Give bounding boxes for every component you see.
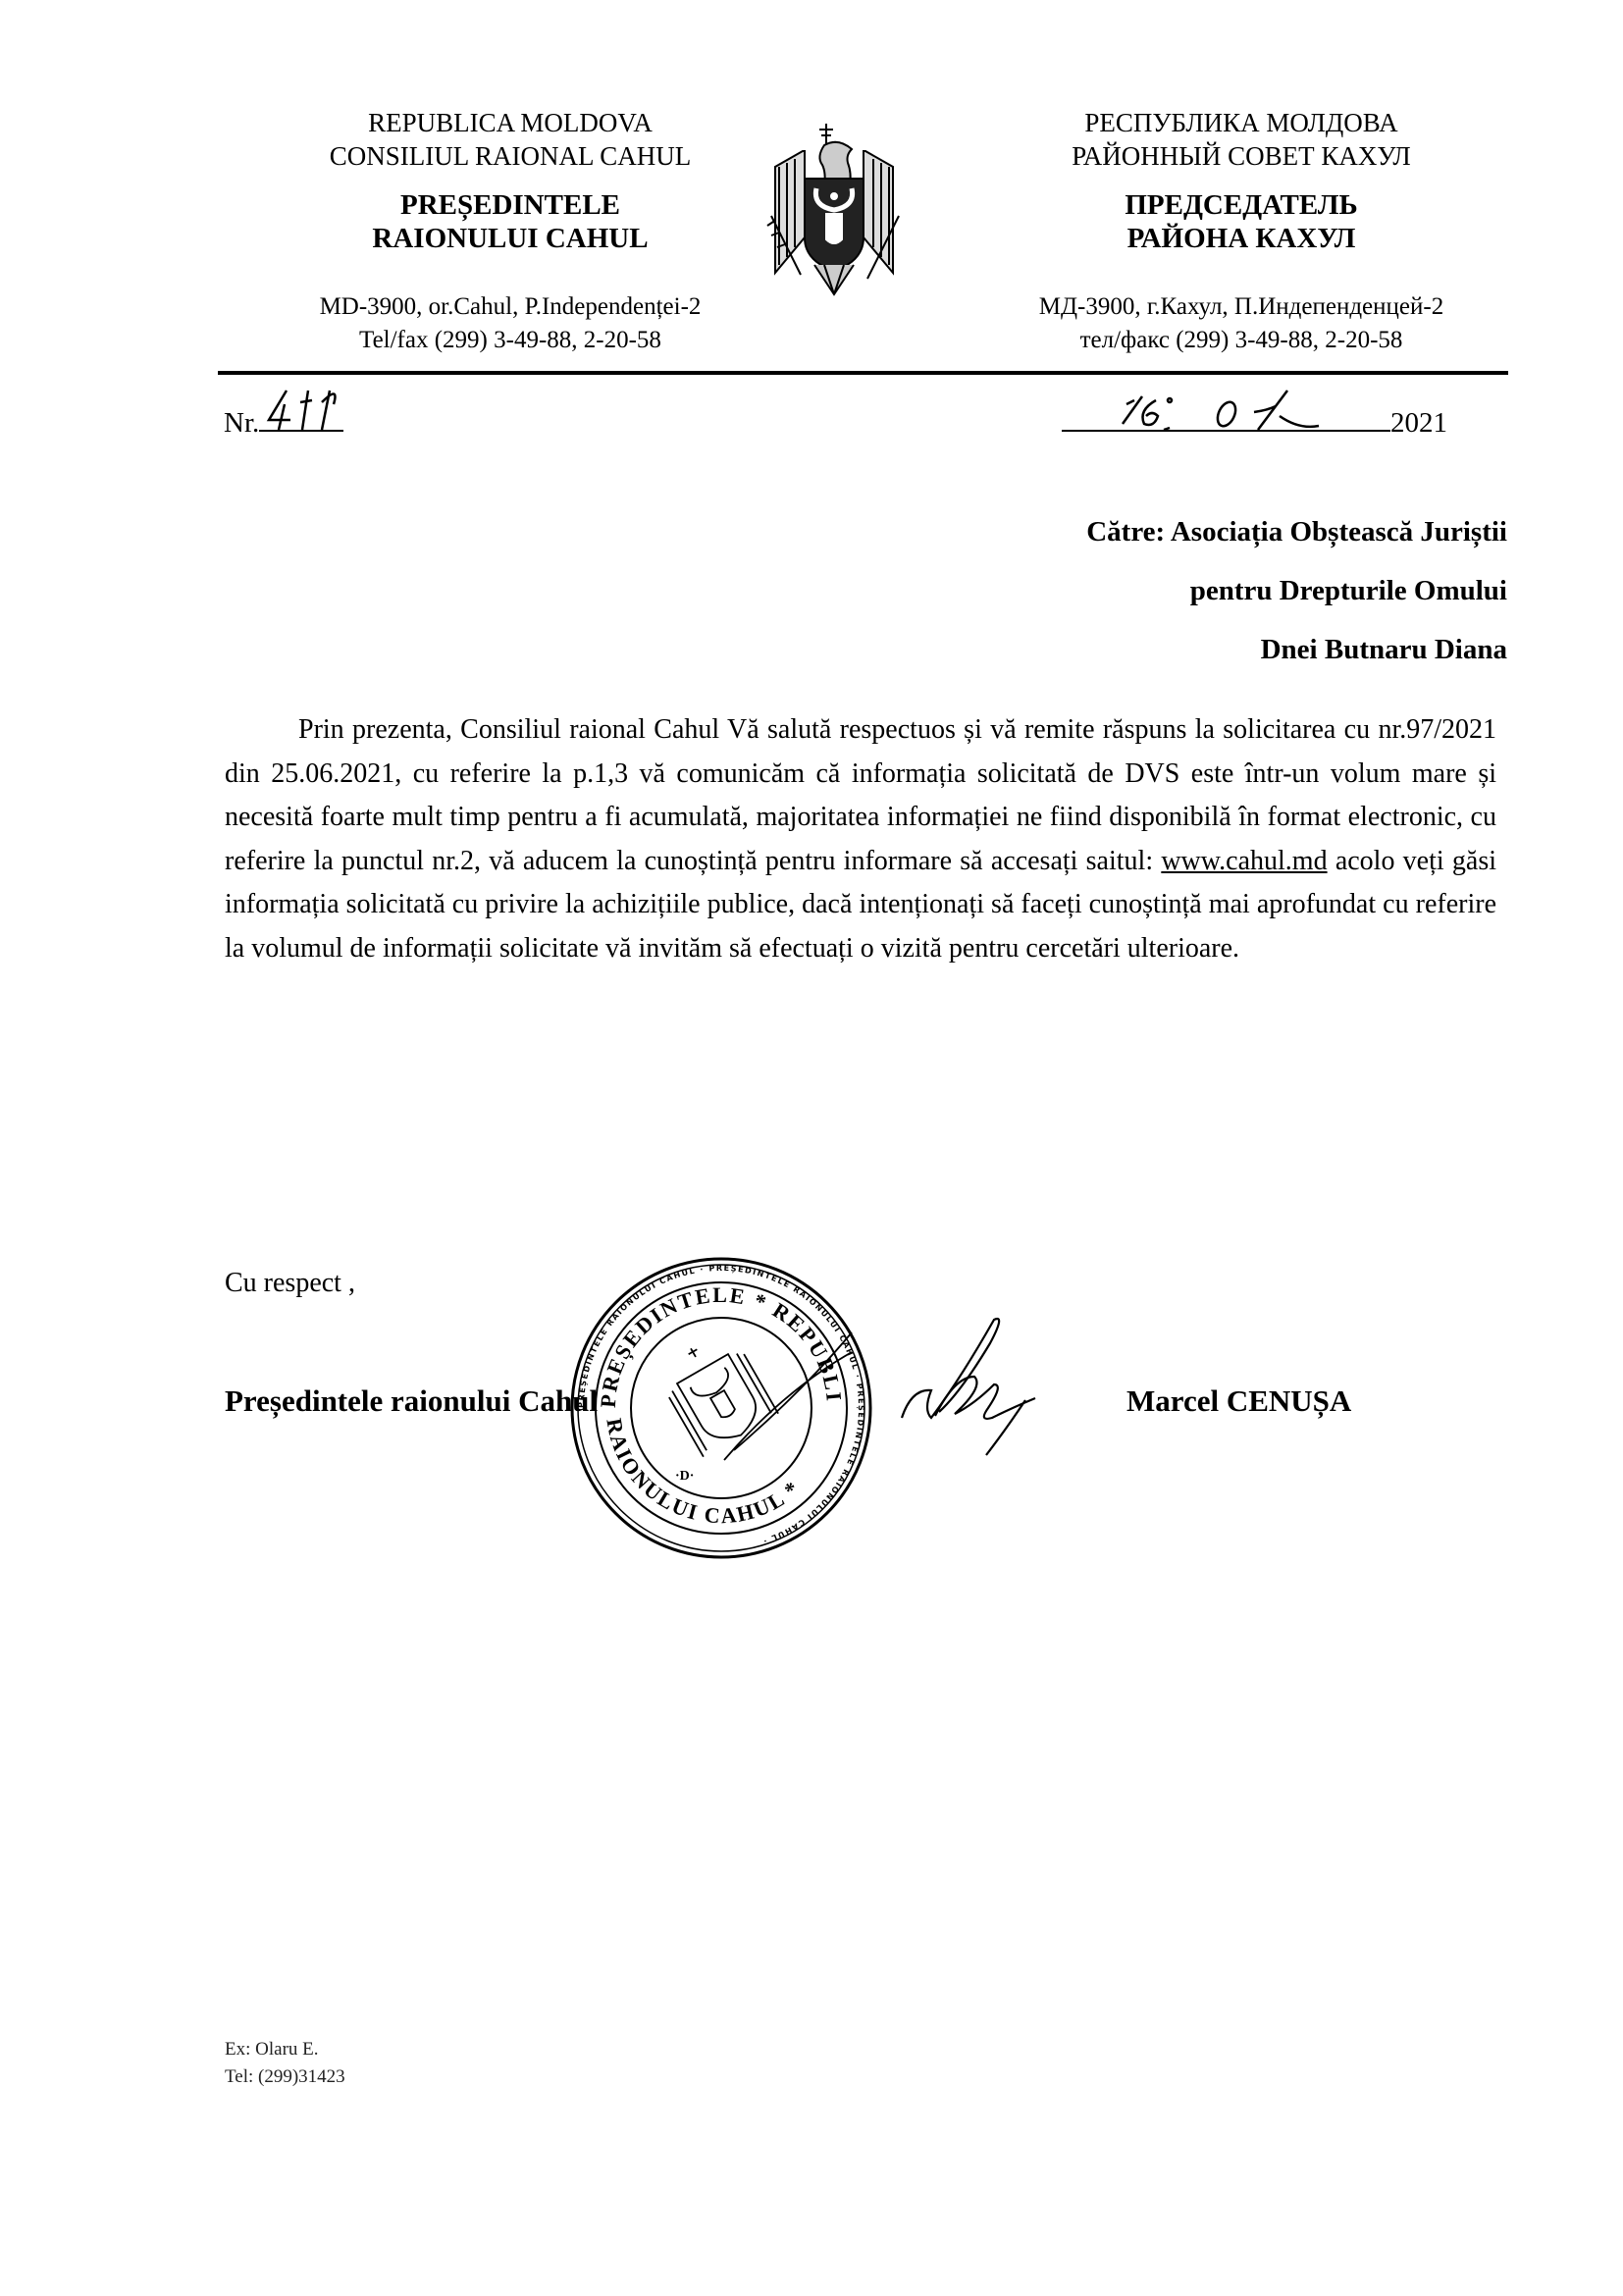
recipient-block: Către: Asociația Obștească Juriștii pent… — [1086, 502, 1507, 679]
nr-label: Nr. — [224, 407, 259, 439]
handwritten-number — [259, 387, 347, 436]
office-title-line2: RAIONULUI CAHUL — [196, 222, 824, 255]
signatory-title: Președintele raionului Cahul — [225, 1383, 598, 1419]
letterhead-romanian: REPUBLICA MOLDOVA CONSILIUL RAIONAL CAHU… — [196, 106, 824, 357]
letter-body: Prin prezenta, Consiliul raional Cahul V… — [225, 708, 1496, 970]
date-handwritten-field — [1062, 402, 1390, 432]
executor-phone: Tel: (299)31423 — [225, 2063, 345, 2091]
handwritten-signature — [898, 1310, 1045, 1457]
country-name: REPUBLICA MOLDOVA — [196, 106, 824, 139]
moldova-coat-of-arms-icon — [756, 118, 913, 304]
header-divider — [218, 371, 1508, 375]
phone-ru: тел/факс (299) 3-49-88, 2-20-58 — [967, 324, 1516, 357]
recipient-line1: Către: Asociația Obștească Juriștii — [1086, 502, 1507, 561]
document-date: 2021 — [1062, 402, 1447, 440]
nr-handwritten-field — [259, 402, 343, 432]
date-year: 2021 — [1390, 407, 1447, 439]
letterhead-russian: РЕСПУБЛИКА МОЛДОВА РАЙОННЫЙ СОВЕТ КАХУЛ … — [967, 106, 1516, 357]
office-title-ru-line1: ПРЕДСЕДАТЕЛЬ — [967, 188, 1516, 222]
svg-text:RAIONULUI CAHUL *: RAIONULUI CAHUL * — [602, 1416, 805, 1528]
website-link[interactable]: www.cahul.md — [1161, 846, 1327, 876]
official-stamp: PREȘEDINTELE RAIONULUI CAHUL · PREȘEDINT… — [567, 1254, 875, 1562]
svg-text:·D·: ·D· — [675, 1469, 694, 1484]
office-title-line1: PREȘEDINTELE — [196, 188, 824, 222]
recipient-line2: pentru Drepturile Omului — [1086, 561, 1507, 620]
council-name-ru: РАЙОННЫЙ СОВЕТ КАХУЛ — [967, 139, 1516, 173]
executor-info: Ex: Olaru E. Tel: (299)31423 — [225, 2036, 345, 2091]
handwritten-date — [1062, 387, 1390, 436]
phone: Tel/fax (299) 3-49-88, 2-20-58 — [196, 324, 824, 357]
closing-salutation: Cu respect , — [225, 1268, 355, 1299]
executor-name: Ex: Olaru E. — [225, 2036, 345, 2063]
office-title-ru-line2: РАЙОНА КАХУЛ — [967, 222, 1516, 255]
country-name-ru: РЕСПУБЛИКА МОЛДОВА — [967, 106, 1516, 139]
address: MD-3900, or.Cahul, P.Independenței-2 — [196, 290, 824, 324]
body-paragraph: Prin prezenta, Consiliul raional Cahul V… — [225, 708, 1496, 970]
recipient-line3: Dnei Butnaru Diana — [1086, 620, 1507, 679]
reference-number: Nr. — [224, 402, 343, 440]
address-ru: МД-3900, г.Кахул, П.Индепенденцей-2 — [967, 290, 1516, 324]
signatory-name: Marcel CENUȘA — [1126, 1383, 1351, 1419]
council-name: CONSILIUL RAIONAL CAHUL — [196, 139, 824, 173]
